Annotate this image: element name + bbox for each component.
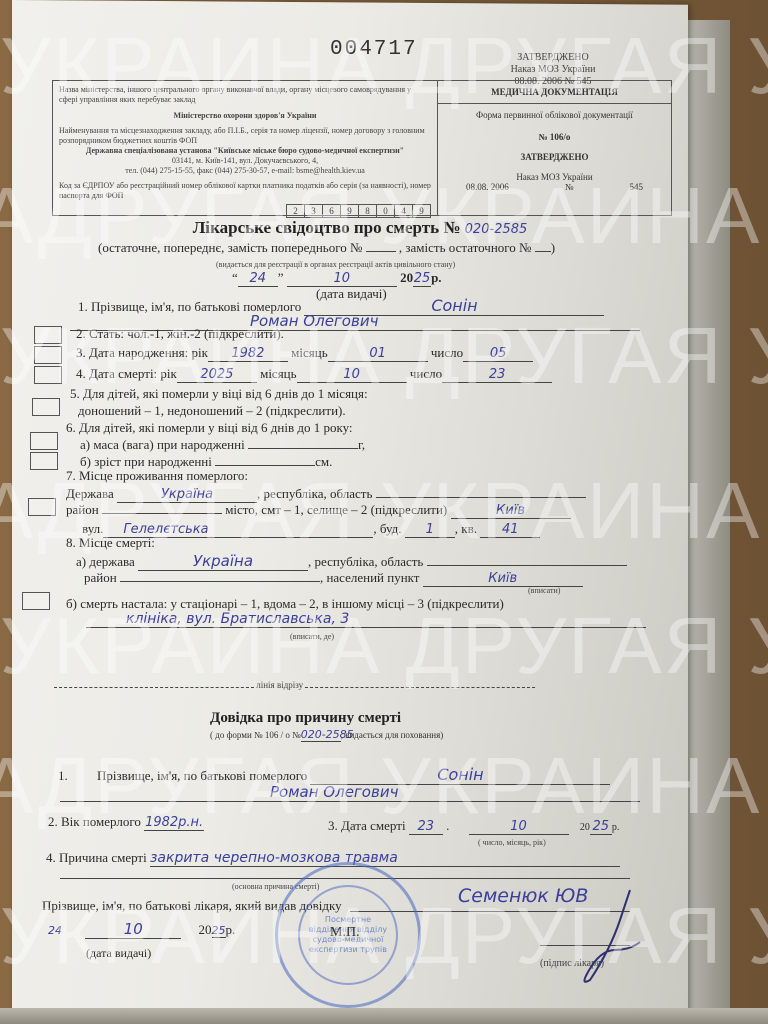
year-suffix: р.	[226, 922, 236, 937]
medical-documentation-title: МЕДИЧНА ДОКУМЕНТАЦІЯ	[438, 81, 671, 104]
institution-contacts: тел. (044) 275-15-55, факс (044) 275-30-…	[59, 166, 431, 176]
form-info: МЕДИЧНА ДОКУМЕНТАЦІЯ Форма первинної обл…	[438, 81, 671, 215]
ref-cause-label: 4. Причина смерті	[46, 850, 147, 865]
day-label: число	[410, 366, 442, 381]
ref-death-month[interactable]: 10	[469, 819, 569, 835]
issue-year-field[interactable]: 25	[413, 271, 431, 287]
death-day-field[interactable]: 23	[442, 367, 552, 383]
code-box-3[interactable]	[34, 346, 62, 364]
code-digit: 9	[412, 204, 431, 218]
ref-field-1-row: 1. Прізвище, ім'я, по батькові померлого…	[58, 765, 610, 785]
birth-month-field[interactable]: 01	[328, 346, 428, 362]
death-district-field[interactable]	[120, 581, 320, 582]
settlement-label: , населений пункт	[320, 570, 420, 585]
death-country-field[interactable]: Україна	[138, 552, 308, 571]
death-region-field[interactable]	[427, 565, 627, 566]
code-box-7[interactable]	[28, 498, 56, 516]
reference-subtitle-part: , видається для поховання)	[341, 730, 444, 740]
district-label: район	[66, 502, 99, 517]
subtitle-part: , замість остаточного №	[399, 240, 532, 255]
field-5-options: доношений – 1, недоношений – 2 (підкресл…	[78, 403, 346, 419]
final-number-field[interactable]	[535, 251, 551, 252]
ref-death-day[interactable]: 23	[409, 819, 443, 835]
code-box-4[interactable]	[34, 366, 62, 384]
code-digit: 8	[358, 204, 377, 218]
field-4-row: 4. Дата смерті: рік2025 місяць10 число23	[76, 366, 552, 383]
code-digit: 0	[376, 204, 395, 218]
order-date-row: 08.08. 2006 № 545	[438, 182, 671, 192]
ref-death-year[interactable]: 25	[590, 819, 612, 835]
residence-district-field[interactable]	[102, 513, 222, 514]
district-label: район	[84, 570, 117, 585]
death-place-row: клініка, вул. Братиславська, 3	[86, 611, 646, 628]
residence-house-field[interactable]: 1	[405, 522, 455, 538]
certificate-subtitle: (остаточне, попереднє, замість попереднь…	[98, 240, 555, 256]
field-2-label: 2. Стать: чол.-1, жін.-2 (підкреслити).	[76, 326, 284, 342]
issue-date-row: “24” 10 2025р.	[232, 270, 442, 287]
month-label: місяць	[291, 345, 327, 360]
code-digit: 4	[394, 204, 413, 218]
death-district-row: район , населений пункт Київ	[84, 570, 583, 587]
institution-label: Найменування та місцезнаходження закладу…	[59, 126, 431, 146]
ref-age-field[interactable]: 1982р.н.	[144, 815, 204, 831]
death-month-field[interactable]: 10	[297, 367, 407, 383]
order-date: 08.08. 2006	[466, 182, 509, 192]
cut-line: лінія відрізу	[54, 680, 535, 690]
edrpou-label: Код за ЄДРПОУ або реєстраційний номер об…	[59, 181, 431, 201]
ref-field-1-label: Прізвище, ім'я, по батькові померлого	[97, 768, 307, 783]
ref-field-1-number: 1.	[58, 768, 68, 783]
code-digit: 2	[286, 204, 305, 218]
form-label: Форма первинної облікової документації	[438, 110, 671, 120]
issue-day-field[interactable]: 24	[238, 271, 278, 287]
residence-country-row: Держава Україна, республіка, область	[66, 486, 586, 503]
approved-label: ЗАТВЕРДЖЕНО	[438, 152, 671, 162]
approval-line: Наказ МОЗ України	[478, 64, 628, 76]
death-year-field[interactable]: 2025	[177, 367, 257, 383]
field-4-label: 4. Дата смерті: рік	[76, 366, 177, 381]
stamp-mp-label: М.П.	[330, 925, 360, 941]
residence-region-field[interactable]	[376, 497, 586, 498]
field-8-label: 8. Місце смерті:	[66, 535, 155, 551]
previous-number-field[interactable]	[366, 251, 396, 252]
form-number: № 106/о	[438, 132, 671, 142]
code-digit: 6	[322, 204, 341, 218]
death-place-field[interactable]: клініка, вул. Братиславська, 3	[86, 611, 646, 628]
ref-field-1-row-2: Роман Олегович	[60, 783, 640, 802]
order-no: 545	[629, 182, 643, 192]
year-suffix: р.	[431, 270, 441, 285]
code-digit: 3	[304, 204, 323, 218]
edrpou-code: 2 3 6 9 8 0 4 9	[59, 204, 431, 218]
ref-deceased-name[interactable]: Роман Олегович	[60, 783, 640, 802]
country-label: Держава	[66, 486, 114, 501]
code-box-6a[interactable]	[30, 432, 58, 450]
page-bottom-edge	[0, 1008, 768, 1024]
house-label: , буд.	[373, 521, 401, 536]
issued-for-note: (видається для реєстрації в органах реєс…	[216, 260, 455, 269]
day-label: число	[431, 345, 463, 360]
ref-age-row: 2. Вік померлого 1982р.н.	[48, 814, 204, 831]
ref-age-label: 2. Вік померлого	[48, 814, 141, 829]
subtitle-part: )	[551, 240, 555, 255]
ref-issue-year[interactable]: 25	[212, 924, 226, 938]
field-3-row: 3. Дата народження: рік1982 місяць01 чис…	[76, 345, 533, 362]
year-prefix: 20	[400, 270, 413, 285]
ref-death-date-row: 3. Дата смерті 23 . 10 2025р.	[328, 818, 619, 835]
residence-apartment-field[interactable]: 41	[480, 522, 540, 538]
official-stamp: Посмертне відділення відділу судово-меди…	[275, 862, 421, 1008]
cut-line-dashes	[305, 687, 535, 688]
street-label: вул.	[82, 521, 103, 536]
header-box: Назва міністерства, іншого центрального …	[52, 80, 672, 216]
residence-district-row: район місто, смт – 1, селище – 2 (підкре…	[66, 502, 571, 519]
ref-issue-date-label: (дата видачі)	[86, 946, 151, 961]
death-settlement-field[interactable]: Київ	[423, 571, 583, 587]
cut-line-label: лінія відрізу	[256, 680, 303, 690]
approval-line: ЗАТВЕРДЖЕНО	[478, 52, 628, 64]
code-digit: 9	[340, 204, 359, 218]
birth-year-field[interactable]: 1982	[208, 346, 288, 362]
residence-country-field[interactable]: Україна	[117, 487, 257, 503]
death-place-type: б) смерть настала: у стаціонарі – 1, вдо…	[66, 596, 504, 612]
cut-line-dashes	[54, 687, 254, 688]
death-country-label: а) держава	[76, 554, 135, 569]
birth-height-label: б) зріст при народженні	[80, 454, 212, 469]
weight-unit: г,	[358, 437, 365, 452]
code-box-5[interactable]	[32, 398, 60, 416]
ref-deceased-surname[interactable]: Сонін	[310, 765, 610, 785]
field-3-label: 3. Дата народження: рік	[76, 345, 208, 360]
city-type-label: місто, смт – 1, селище – 2 (підкреслити)	[225, 502, 447, 517]
subtitle-part: (остаточне, попереднє, замість попереднь…	[98, 240, 362, 255]
reference-subtitle-part: ( до форми № 106 / о №	[210, 730, 301, 740]
code-box-8b[interactable]	[22, 592, 50, 610]
death-country-row: а) держава Україна, республіка, область	[76, 552, 627, 571]
reference-title: Довідка про причину смерті	[210, 710, 401, 727]
field-6a-row: а) маса (вага) при народженні г,	[80, 437, 365, 453]
height-unit: см.	[315, 454, 332, 469]
birth-weight-label: а) маса (вага) при народженні	[80, 437, 245, 452]
ref-issue-day[interactable]: 24	[48, 924, 62, 937]
fill-in-hint: (вписати)	[528, 586, 560, 595]
field-6-label: 6. Для дітей, які померли у віці від 6 д…	[66, 420, 353, 436]
year-suffix: р.	[612, 822, 620, 833]
apartment-label: , кв.	[455, 521, 477, 536]
ref-death-date-label: 3. Дата смерті	[328, 818, 406, 833]
region-label: , республіка, область	[257, 486, 372, 501]
ref-issue-date-row: 24 10 2025р.	[48, 920, 235, 939]
birth-day-field[interactable]: 05	[463, 346, 533, 362]
order-no-label: №	[565, 182, 574, 192]
institution-name: Державна спеціалізована установа "Київсь…	[59, 146, 431, 156]
year-prefix: 20	[199, 922, 212, 937]
ref-cause-field[interactable]: закрита черепно-мозкова травма	[150, 850, 620, 867]
fill-in-where-hint: (вписати, де)	[290, 632, 334, 641]
residence-city-field[interactable]: Київ	[451, 503, 571, 519]
reference-form-number[interactable]: 020-2585	[301, 728, 341, 742]
certificate-title: Лікарське свідоцтво про смерть № 020-258…	[120, 218, 600, 238]
field-7-label: 7. Місце проживання померлого:	[66, 468, 248, 484]
institution-address: 03141, м. Київ-141, вул. Докучаєвського,…	[59, 156, 431, 166]
certificate-title-text: Лікарське свідоцтво про смерть №	[193, 218, 461, 237]
serial-number: 004717	[330, 38, 418, 61]
month-label: місяць	[260, 366, 296, 381]
birth-weight-field[interactable]	[248, 448, 358, 449]
ref-death-date-hint: ( число, місяць, рік)	[478, 838, 546, 847]
code-box-6b[interactable]	[30, 452, 58, 470]
birth-height-field[interactable]	[215, 465, 315, 466]
reference-subtitle: ( до форми № 106 / о №020-2585, видаєтьс…	[210, 728, 443, 742]
ministry-label: Назва міністерства, іншого центрального …	[59, 85, 431, 105]
region-label: , республіка, область	[308, 554, 423, 569]
issue-month-field[interactable]: 10	[287, 271, 397, 287]
ministry-value: Міністерство охорони здоров'я України	[59, 111, 431, 121]
year-prefix: 20	[580, 822, 590, 833]
field-5-label: 5. Для дітей, які померли у віці від 6 д…	[70, 386, 368, 402]
ref-issue-month[interactable]: 10	[85, 920, 181, 939]
order-label: Наказ МОЗ України	[438, 172, 671, 182]
code-box-2[interactable]	[34, 326, 62, 344]
signature-icon	[560, 880, 650, 990]
certificate-number: 020-2585	[465, 222, 528, 237]
institution-info: Назва міністерства, іншого центрального …	[53, 81, 438, 215]
